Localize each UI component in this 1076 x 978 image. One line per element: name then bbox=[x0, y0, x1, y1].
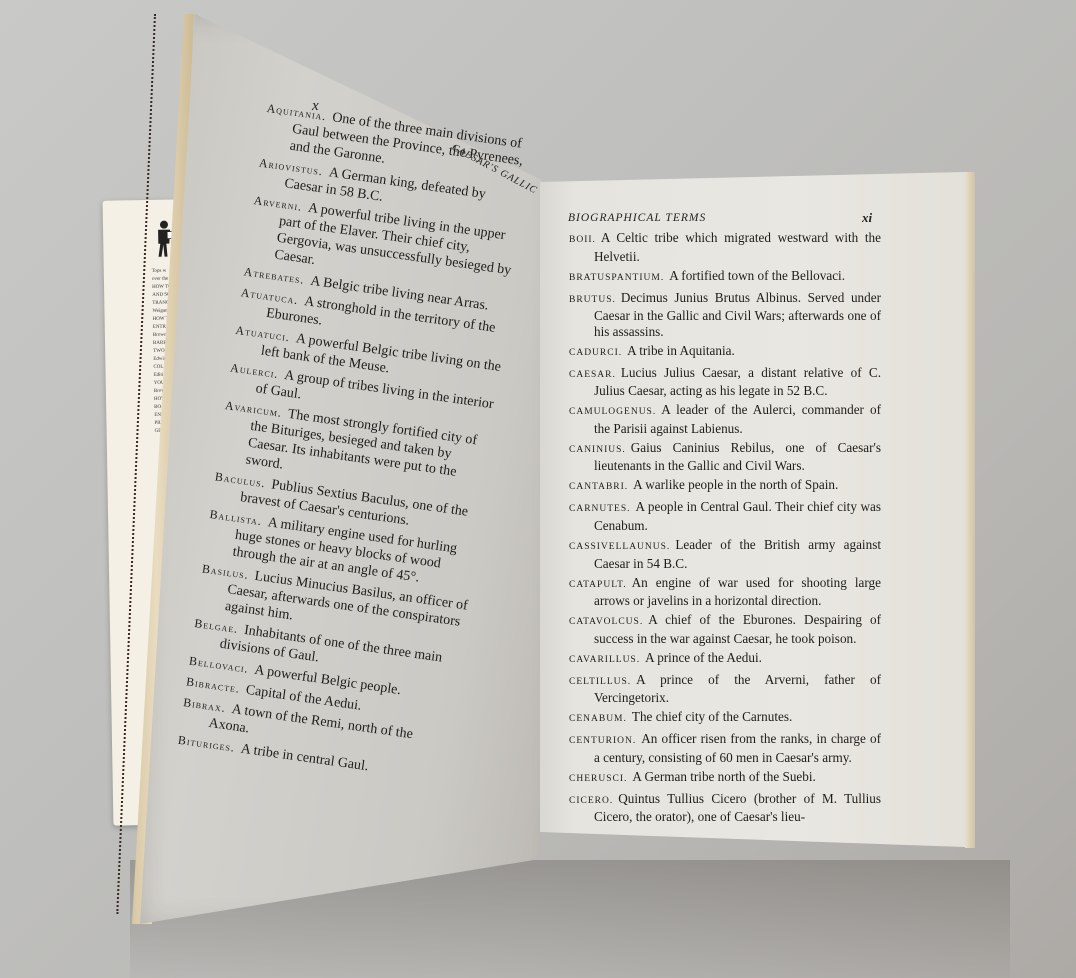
glossary-term: Baculus. bbox=[214, 469, 266, 490]
glossary-definition: An engine of war used for shooting large… bbox=[594, 575, 881, 609]
glossary-term: Bellovaci. bbox=[188, 654, 249, 676]
glossary-term: Cantabri. bbox=[569, 482, 628, 492]
glossary-definition: Quintus Tullius Cicero (brother of M. Tu… bbox=[594, 791, 881, 825]
glossary-entry: Cenabum.The chief city of the Carnutes. bbox=[569, 709, 881, 728]
glossary-entry: Cadurci.A tribe in Aquitania. bbox=[569, 343, 881, 362]
right-page-glossary: Boii.A Celtic tribe which migrated westw… bbox=[569, 230, 881, 828]
glossary-definition: The chief city of the Carnutes. bbox=[632, 709, 792, 724]
glossary-term: Cavarillus. bbox=[569, 655, 640, 665]
glossary-term: Bratuspantium. bbox=[569, 273, 664, 283]
glossary-entry: Catapult.An engine of war used for shoot… bbox=[569, 575, 881, 609]
glossary-term: Atuatuca. bbox=[240, 285, 299, 307]
glossary-term: Boii. bbox=[569, 235, 596, 245]
glossary-definition: A prince of the Aedui. bbox=[645, 650, 762, 665]
glossary-entry: Camulogenus.A leader of the Aulerci, com… bbox=[569, 402, 881, 436]
glossary-term: Catapult. bbox=[569, 580, 627, 590]
glossary-term: Cherusci. bbox=[569, 774, 627, 784]
glossary-definition: A German tribe north of the Suebi. bbox=[632, 769, 816, 784]
glossary-definition: A warlike people in the north of Spain. bbox=[633, 477, 838, 492]
glossary-term: Bibrax. bbox=[182, 695, 226, 715]
glossary-term: Ariovistus. bbox=[258, 155, 324, 178]
glossary-term: Carnutes. bbox=[569, 504, 631, 514]
glossary-entry: Cavarillus.A prince of the Aedui. bbox=[569, 650, 881, 669]
glossary-definition: Gaius Caninius Rebilus, one of Caesar's … bbox=[594, 440, 881, 474]
glossary-entry: Centurion.An officer risen from the rank… bbox=[569, 731, 881, 765]
glossary-term: Celtillus. bbox=[569, 677, 631, 687]
glossary-definition: Decimus Junius Brutus Albinus. Served un… bbox=[594, 290, 881, 339]
glossary-term: Cicero. bbox=[569, 796, 613, 806]
glossary-term: Brutus. bbox=[569, 295, 616, 305]
glossary-term: Cassivellaunus. bbox=[569, 542, 670, 552]
glossary-term: Basilus. bbox=[201, 561, 250, 581]
glossary-definition: Lucius Julius Caesar, a distant relative… bbox=[594, 365, 881, 399]
glossary-entry: Celtillus.A prince of the Arverni, fathe… bbox=[569, 672, 881, 706]
glossary-entry: Bratuspantium.A fortified town of the Be… bbox=[569, 268, 881, 287]
glossary-term: Caesar. bbox=[569, 370, 616, 380]
glossary-term: Centurion. bbox=[569, 736, 636, 746]
glossary-definition: A Celtic tribe which migrated westward w… bbox=[594, 230, 881, 264]
glossary-term: Cadurci. bbox=[569, 348, 622, 358]
glossary-entry: Cherusci.A German tribe north of the Sue… bbox=[569, 769, 881, 788]
glossary-definition: A prince of the Arverni, father of Verci… bbox=[594, 672, 881, 706]
glossary-term: Caninius. bbox=[569, 445, 626, 455]
glossary-entry: Caninius.Gaius Caninius Rebilus, one of … bbox=[569, 440, 881, 474]
glossary-term: Atuatuci. bbox=[235, 323, 291, 345]
glossary-term: Avaricum. bbox=[224, 398, 283, 420]
glossary-term: Ballista. bbox=[209, 507, 263, 528]
right-page-number: xi bbox=[862, 210, 872, 226]
glossary-definition: An officer risen from the ranks, in char… bbox=[594, 731, 881, 765]
glossary-entry: Brutus.Decimus Junius Brutus Albinus. Se… bbox=[569, 290, 881, 340]
glossary-definition: A fortified town of the Bellovaci. bbox=[669, 268, 845, 283]
glossary-entry: Cassivellaunus.Leader of the British arm… bbox=[569, 537, 881, 571]
glossary-definition: A people in Central Gaul. Their chief ci… bbox=[594, 499, 881, 533]
glossary-entry: Boii.A Celtic tribe which migrated westw… bbox=[569, 230, 881, 264]
glossary-entry: Catavolcus.A chief of the Eburones. Desp… bbox=[569, 612, 881, 646]
glossary-entry: Caesar.Lucius Julius Caesar, a distant r… bbox=[569, 365, 881, 399]
glossary-term: Camulogenus. bbox=[569, 407, 656, 417]
glossary-term: Bibracte. bbox=[185, 674, 241, 695]
glossary-term: Atrebates. bbox=[243, 264, 306, 286]
glossary-definition: A tribe in Aquitania. bbox=[627, 343, 735, 358]
right-running-head: BIOGRAPHICAL TERMS bbox=[568, 212, 706, 224]
glossary-term: Arverni. bbox=[253, 193, 303, 214]
glossary-entry: Cicero.Quintus Tullius Cicero (brother o… bbox=[569, 791, 881, 825]
glossary-term: Catavolcus. bbox=[569, 617, 643, 627]
right-page-edge bbox=[965, 172, 975, 848]
glossary-entry: Cantabri.A warlike people in the north o… bbox=[569, 477, 881, 496]
glossary-entry: Carnutes.A people in Central Gaul. Their… bbox=[569, 499, 881, 533]
glossary-term: Belgae. bbox=[194, 616, 240, 636]
glossary-term: Aulerci. bbox=[229, 360, 279, 381]
glossary-term: Bituriges. bbox=[177, 733, 236, 755]
glossary-term: Cenabum. bbox=[569, 714, 627, 724]
